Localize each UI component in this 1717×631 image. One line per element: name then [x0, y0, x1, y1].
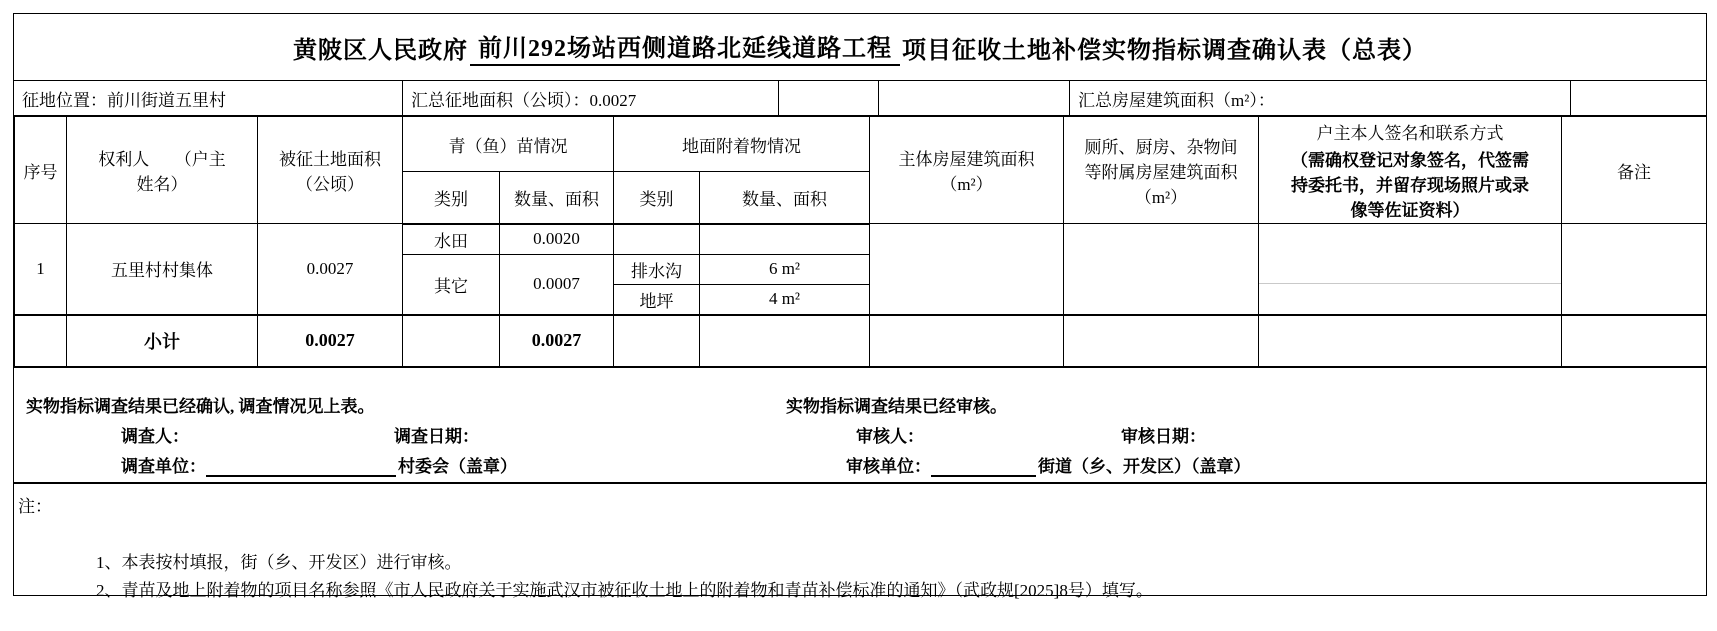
survey-unit-line: 调查单位：村委会（盖章） [121, 452, 517, 477]
notes-label: 注： [18, 492, 52, 517]
review-unit-suffix: 街道（乡、开发区）（盖章） [1038, 457, 1251, 476]
header-attachment-category: 类别 [614, 172, 700, 224]
total-building-area-cell: 汇总房屋建筑面积（m²）： [1070, 81, 1571, 115]
header-remark: 备注 [1562, 117, 1707, 224]
header-signature-title: 户主本人签名和联系方式 [1261, 119, 1559, 144]
summary-empty-cell-2 [879, 81, 1070, 115]
header-crop-amount: 数量、面积 [500, 172, 614, 224]
review-confirm-statement: 实物指标调查结果已经审核。 [786, 392, 1007, 417]
cell-attachment-type-1: 排水沟 [614, 254, 700, 284]
note-item-1: 1、本表按村填报，街（乡、开发区）进行审核。 [96, 548, 462, 573]
title-prefix: 黄陂区人民政府 [293, 30, 468, 65]
subtotal-empty-1 [614, 315, 700, 367]
header-signature-note: （需确权登记对象签名，代签需 持委托书，并留存现场照片或录 像等佐证资料） [1261, 146, 1559, 221]
header-attachment-group: 地面附着物情况 [614, 117, 870, 172]
confirmation-section: 实物指标调查结果已经确认, 调查情况见上表。 调查人： 调查日期： 调查单位：村… [14, 368, 1706, 482]
header-attachment-amount: 数量、面积 [700, 172, 870, 224]
cell-crop-amount-1: 0.0020 [500, 224, 614, 255]
summary-empty-cell-1 [779, 81, 879, 115]
title-project-name: 前川292场站西侧道路北延线道路工程 [470, 28, 900, 66]
survey-unit-label: 调查单位： [121, 457, 206, 476]
cell-remark [1562, 224, 1707, 315]
summary-row: 征地位置：前川街道五里村 汇总征地面积（公顷）：0.0027 汇总房屋建筑面积（… [14, 81, 1706, 116]
subtotal-empty-4 [1064, 315, 1259, 367]
note-item-2: 2、青苗及地上附着物的项目名称参照《市人民政府关于实施武汉市被征收土地上的附着物… [96, 576, 1153, 601]
header-aux-house: 厕所、厨房、杂物间 等附属房屋建筑面积 （m²） [1064, 117, 1259, 224]
header-owner: 权利人 （户主 姓名） [67, 117, 258, 224]
survey-date-label: 调查日期： [394, 422, 479, 447]
review-unit-blank [931, 460, 1036, 477]
cell-main-house [870, 224, 1064, 315]
subtotal-row: 小计 0.0027 0.0027 [15, 315, 1707, 367]
review-unit-line: 审核单位：街道（乡、开发区）（盖章） [846, 452, 1251, 477]
subtotal-empty-seq [15, 315, 67, 367]
cell-crop-type-1: 水田 [403, 224, 500, 255]
cell-seq: 1 [15, 224, 67, 315]
cell-owner: 五里村村集体 [67, 224, 258, 315]
header-signature: 户主本人签名和联系方式 （需确权登记对象签名，代签需 持委托书，并留存现场照片或… [1259, 117, 1562, 224]
cell-land-area: 0.0027 [258, 224, 403, 315]
subtotal-label: 小计 [67, 315, 258, 367]
header-main-house: 主体房屋建筑面积 （m²） [870, 117, 1064, 224]
cell-aux-house [1064, 224, 1259, 315]
cell-crop-amount-2: 0.0007 [500, 254, 614, 315]
cell-attachment-type-empty [614, 224, 700, 255]
survey-confirm-statement: 实物指标调查结果已经确认, 调查情况见上表。 [26, 392, 375, 417]
survey-unit-blank [206, 460, 396, 477]
signature-divider-line [1259, 283, 1561, 284]
subtotal-empty-crop-type [403, 315, 500, 367]
reviewer-label: 审核人： [856, 422, 924, 447]
subtotal-empty-2 [700, 315, 870, 367]
survey-table: 序号 权利人 （户主 姓名） 被征土地面积 （公顷） 青（鱼）苗情况 地面附着物… [14, 116, 1707, 368]
total-land-area-cell: 汇总征地面积（公顷）：0.0027 [403, 81, 779, 115]
cell-attachment-amount-2: 4 m² [700, 284, 870, 315]
summary-empty-cell-3 [1571, 81, 1706, 115]
land-location-cell: 征地位置：前川街道五里村 [14, 81, 403, 115]
cell-crop-type-2: 其它 [403, 254, 500, 315]
form-title: 黄陂区人民政府 前川292场站西侧道路北延线道路工程 项目征收土地补偿实物指标调… [14, 14, 1706, 81]
subtotal-empty-3 [870, 315, 1064, 367]
cell-attachment-type-2: 地坪 [614, 284, 700, 315]
cell-signature [1259, 224, 1562, 315]
subtotal-land-area: 0.0027 [258, 315, 403, 367]
header-crop-category: 类别 [403, 172, 500, 224]
cell-attachment-amount-empty [700, 224, 870, 255]
header-land-area: 被征土地面积 （公顷） [258, 117, 403, 224]
subtotal-empty-6 [1562, 315, 1707, 367]
review-unit-label: 审核单位： [846, 457, 931, 476]
survey-unit-suffix: 村委会（盖章） [398, 457, 517, 476]
header-seq: 序号 [15, 117, 67, 224]
confirmation-form-sheet: 黄陂区人民政府 前川292场站西侧道路北延线道路工程 项目征收土地补偿实物指标调… [13, 13, 1707, 596]
table-row: 1 五里村村集体 0.0027 水田 0.0020 [15, 224, 1707, 255]
notes-section: 注： 1、本表按村填报，街（乡、开发区）进行审核。 2、青苗及地上附着物的项目名… [14, 482, 1706, 595]
subtotal-empty-5 [1259, 315, 1562, 367]
subtotal-crop-amount: 0.0027 [500, 315, 614, 367]
header-crop-group: 青（鱼）苗情况 [403, 117, 614, 172]
title-suffix: 项目征收土地补偿实物指标调查确认表（总表） [902, 30, 1427, 65]
cell-attachment-amount-1: 6 m² [700, 254, 870, 284]
surveyor-label: 调查人： [121, 422, 189, 447]
review-date-label: 审核日期： [1121, 422, 1206, 447]
